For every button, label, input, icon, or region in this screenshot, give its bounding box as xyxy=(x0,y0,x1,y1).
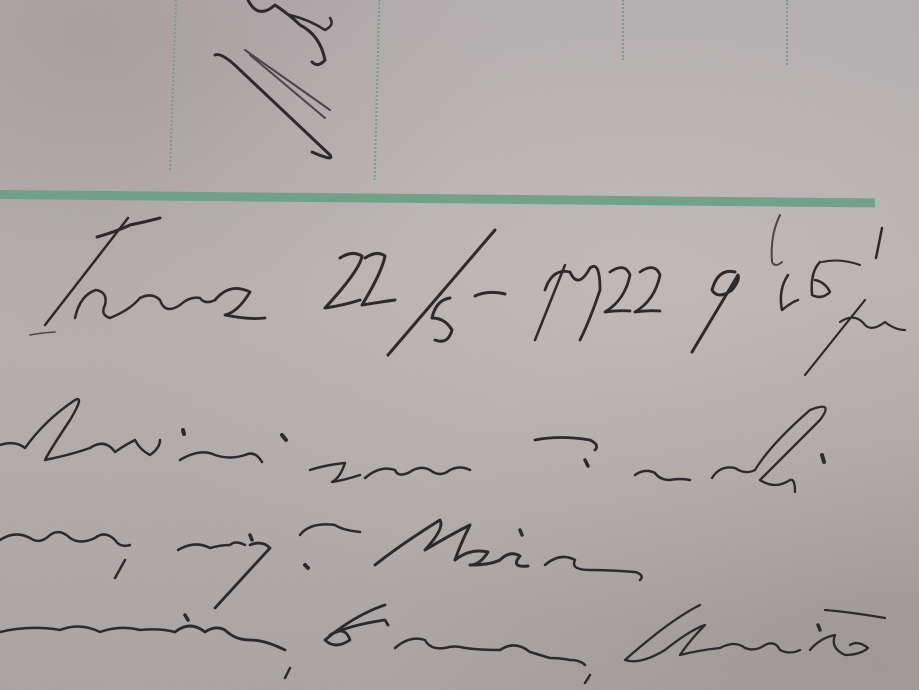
handwriting-ink xyxy=(0,0,919,690)
dateline-time xyxy=(692,215,905,375)
postcard-photo: M… Zara 22/5 1922 9 h 45′ pm …llissimi s… xyxy=(0,0,919,690)
message-line-3 xyxy=(0,605,885,683)
paper-texture xyxy=(0,0,919,690)
green-divider-rule xyxy=(0,190,875,207)
address-guide-line-4 xyxy=(786,0,788,65)
message-line-1 xyxy=(0,399,826,492)
dateline-date xyxy=(325,230,660,355)
address-guide-line-2 xyxy=(374,0,381,180)
message-line-2 xyxy=(0,520,642,608)
address-guide-line-3 xyxy=(622,0,624,60)
address-fragment xyxy=(215,0,332,158)
dateline-place xyxy=(30,218,265,335)
address-guide-line-1 xyxy=(169,0,177,170)
